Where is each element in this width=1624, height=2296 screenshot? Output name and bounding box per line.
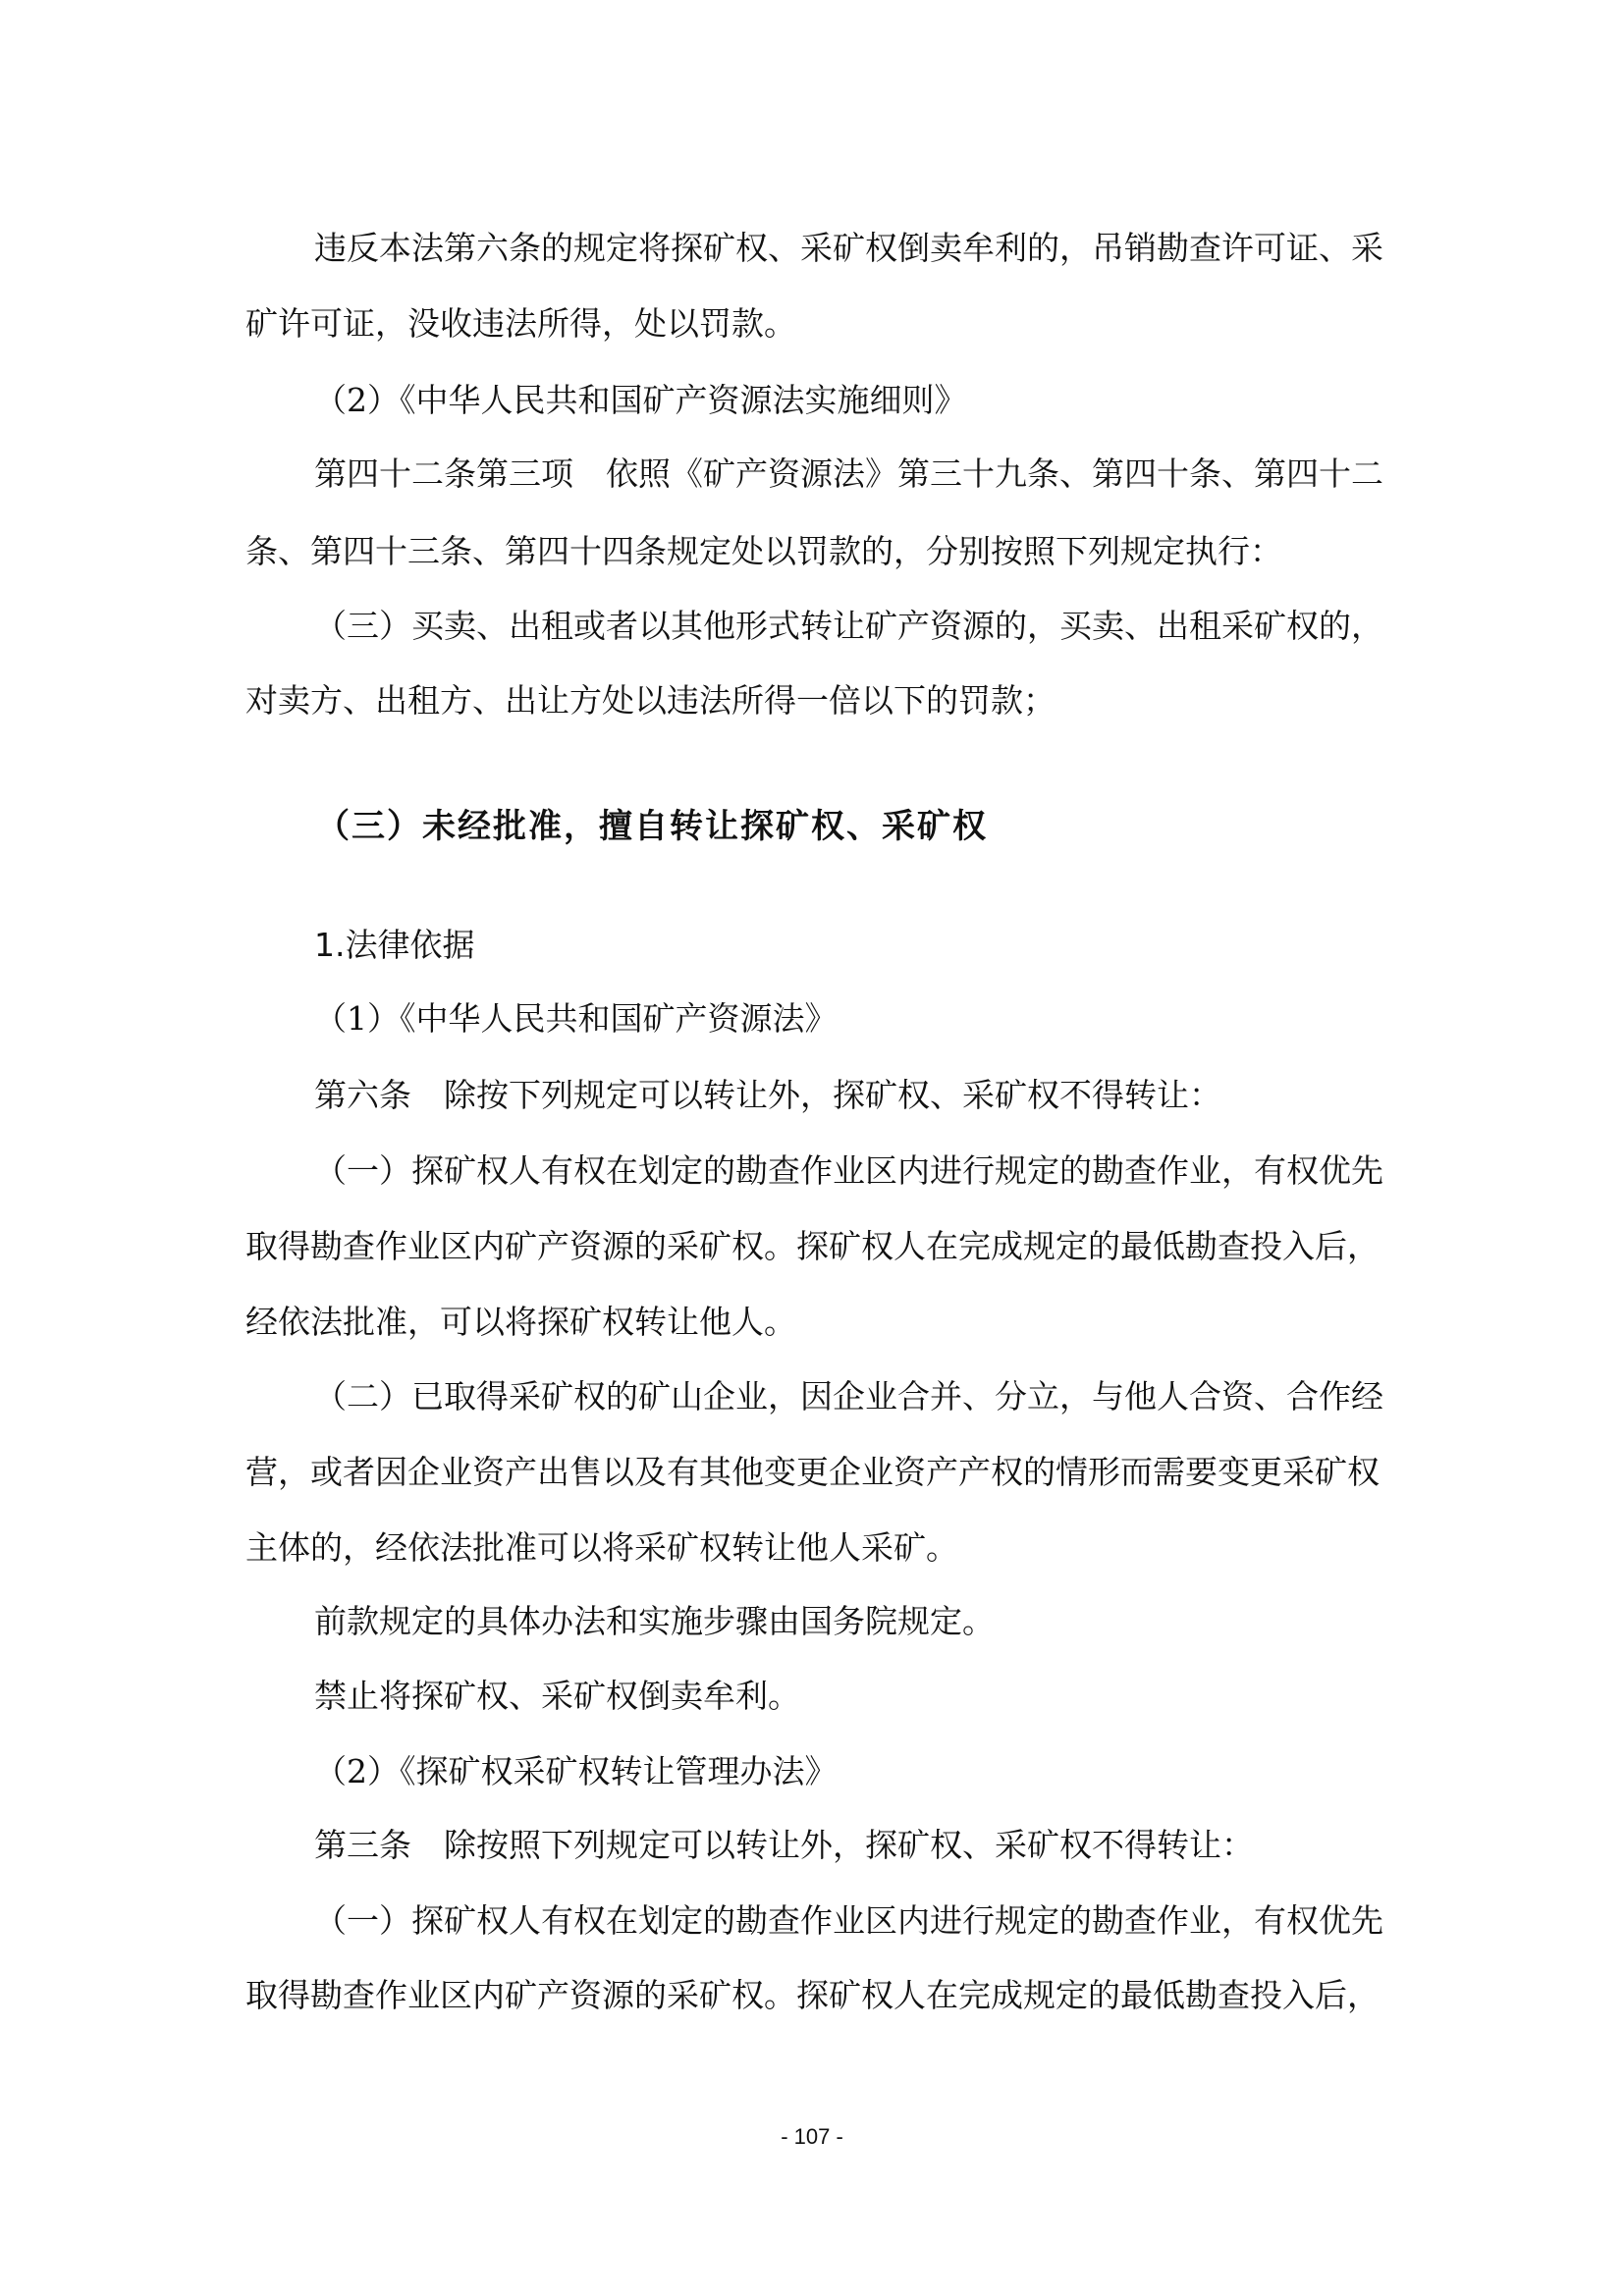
law-title-line: （1）《中华人民共和国矿产资源法》	[314, 999, 838, 1039]
paragraph-line: 经依法批准，可以将探矿权转让他人。	[245, 1303, 796, 1342]
article-line: 第三条 除按照下列规定可以转让外，探矿权、采矿权不得转让：	[314, 1826, 1254, 1865]
paragraph-line: （三）买卖、出租或者以其他形式转让矿产资源的，买卖、出租采矿权的，	[314, 607, 1377, 646]
paragraph-line: 营，或者因企业资产出售以及有其他变更企业资产产权的情形而需要变更采矿权	[245, 1453, 1377, 1492]
subsection-heading: 1.法律依据	[314, 926, 475, 965]
paragraph-line: （一）探矿权人有权在划定的勘查作业区内进行规定的勘查作业，有权优先	[314, 1901, 1377, 1941]
paragraph-line: 取得勘查作业区内矿产资源的采矿权。探矿权人在完成规定的最低勘查投入后，	[245, 1227, 1377, 1266]
paragraph-line: 取得勘查作业区内矿产资源的采矿权。探矿权人在完成规定的最低勘查投入后，	[245, 1976, 1377, 2015]
law-title-line: （2）《中华人民共和国矿产资源法实施细则》	[314, 381, 967, 420]
paragraph-line: 违反本法第六条的规定将探矿权、采矿权倒卖牟利的，吊销勘查许可证、采	[314, 229, 1377, 268]
paragraph-line: 对卖方、出租方、出让方处以违法所得一倍以下的罚款；	[245, 681, 1056, 721]
paragraph-line: 主体的，经依法批准可以将采矿权转让他人采矿。	[245, 1528, 958, 1568]
paragraph-line: 第四十二条第三项 依照《矿产资源法》第三十九条、第四十条、第四十二	[314, 454, 1377, 494]
article-line: 第六条 除按下列规定可以转让外，探矿权、采矿权不得转让：	[314, 1076, 1221, 1115]
paragraph-line: 条、第四十三条、第四十四条规定处以罚款的，分别按照下列规定执行：	[245, 532, 1282, 571]
paragraph-line: 禁止将探矿权、采矿权倒卖牟利。	[314, 1677, 800, 1716]
paragraph-line: 矿许可证，没收违法所得，处以罚款。	[245, 304, 796, 344]
section-heading: （三）未经批准，擅自转让探矿权、采矿权	[316, 807, 988, 846]
paragraph-line: 前款规定的具体办法和实施步骤由国务院规定。	[314, 1602, 995, 1641]
law-title-line: （2）《探矿权采矿权转让管理办法》	[314, 1752, 838, 1791]
document-page: 违反本法第六条的规定将探矿权、采矿权倒卖牟利的，吊销勘查许可证、采 矿许可证，没…	[0, 0, 1624, 2296]
page-number: - 107 -	[714, 2124, 910, 2150]
paragraph-line: （一）探矿权人有权在划定的勘查作业区内进行规定的勘查作业，有权优先	[314, 1151, 1377, 1191]
paragraph-line: （二）已取得采矿权的矿山企业，因企业合并、分立，与他人合资、合作经	[314, 1377, 1377, 1416]
